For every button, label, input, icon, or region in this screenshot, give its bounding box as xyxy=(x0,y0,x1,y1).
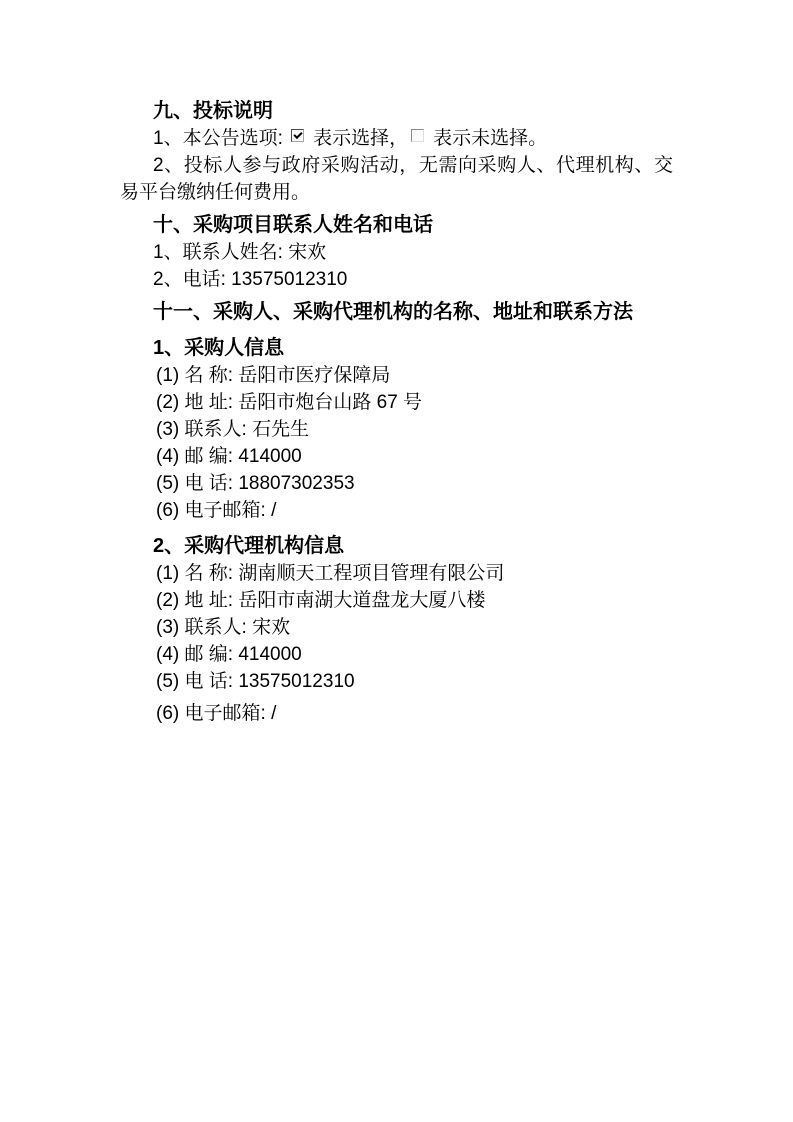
checked-option-label: 表示选择， xyxy=(313,128,408,149)
field-value: 石先生 xyxy=(252,419,309,440)
field-label: (6) 电子邮箱: xyxy=(156,703,271,724)
field-label: (5) 电 话: xyxy=(156,473,238,494)
agency-email-row: (6) 电子邮箱: / xyxy=(120,700,673,727)
field-label: (4) 邮 编: xyxy=(156,644,238,665)
section-11-heading: 十一、采购人、采购代理机构的名称、地址和联系方法 xyxy=(120,298,673,326)
field-label: (1) 名 称: xyxy=(156,365,238,386)
purchaser-email-row: (6) 电子邮箱: / xyxy=(120,497,673,524)
agency-zip-row: (4) 邮 编: 414000 xyxy=(120,641,673,668)
field-label: (2) 地 址: xyxy=(156,590,238,611)
field-label: (4) 邮 编: xyxy=(156,446,238,467)
agency-phone-row: (5) 电 话: 13575012310 xyxy=(120,668,673,695)
field-label: (3) 联系人: xyxy=(156,419,252,440)
field-value: 18807302353 xyxy=(238,473,354,494)
option-line-prefix: 1、本公告选项: xyxy=(153,128,288,149)
field-value: 414000 xyxy=(238,446,301,467)
field-label: (3) 联系人: xyxy=(156,617,252,638)
field-value: 岳阳市炮台山路 67 号 xyxy=(238,392,422,413)
contact-name-line: 1、联系人姓名: 宋欢 xyxy=(120,239,673,266)
section-9-item-2: 2、投标人参与政府采购活动，无需向采购人、代理机构、交易平台缴纳任何费用。 xyxy=(120,152,673,206)
checked-checkbox-icon xyxy=(291,129,304,142)
field-value: 13575012310 xyxy=(238,671,354,692)
field-label: (5) 电 话: xyxy=(156,671,238,692)
purchaser-info-heading: 1、采购人信息 xyxy=(120,334,673,362)
field-value: 宋欢 xyxy=(252,617,290,638)
agency-name-row: (1) 名 称: 湖南顺天工程项目管理有限公司 xyxy=(120,560,673,587)
section-10-heading: 十、采购项目联系人姓名和电话 xyxy=(120,211,673,239)
section-9-option-line: 1、本公告选项: 表示选择，表示未选择。 xyxy=(120,125,673,152)
purchaser-contact-row: (3) 联系人: 石先生 xyxy=(120,416,673,443)
field-label: (2) 地 址: xyxy=(156,392,238,413)
section-9-heading: 九、投标说明 xyxy=(120,97,673,125)
field-value: 414000 xyxy=(238,644,301,665)
contact-phone-line: 2、电话: 13575012310 xyxy=(120,266,673,293)
unchecked-checkbox-icon xyxy=(411,129,424,142)
document-page: 九、投标说明 1、本公告选项: 表示选择，表示未选择。 2、投标人参与政府采购活… xyxy=(0,0,793,1122)
agency-contact-row: (3) 联系人: 宋欢 xyxy=(120,614,673,641)
field-label: (6) 电子邮箱: xyxy=(156,500,271,521)
field-value: 岳阳市医疗保障局 xyxy=(238,365,390,386)
unchecked-option-label: 表示未选择。 xyxy=(433,128,547,149)
field-value: 岳阳市南湖大道盘龙大厦八楼 xyxy=(238,590,485,611)
agency-info-heading: 2、采购代理机构信息 xyxy=(120,532,673,560)
purchaser-zip-row: (4) 邮 编: 414000 xyxy=(120,443,673,470)
field-label: (1) 名 称: xyxy=(156,563,238,584)
purchaser-phone-row: (5) 电 话: 18807302353 xyxy=(120,470,673,497)
field-value: / xyxy=(271,500,276,521)
purchaser-address-row: (2) 地 址: 岳阳市炮台山路 67 号 xyxy=(120,389,673,416)
agency-address-row: (2) 地 址: 岳阳市南湖大道盘龙大厦八楼 xyxy=(120,587,673,614)
field-value: / xyxy=(271,703,276,724)
field-value: 湖南顺天工程项目管理有限公司 xyxy=(238,563,504,584)
purchaser-name-row: (1) 名 称: 岳阳市医疗保障局 xyxy=(120,362,673,389)
